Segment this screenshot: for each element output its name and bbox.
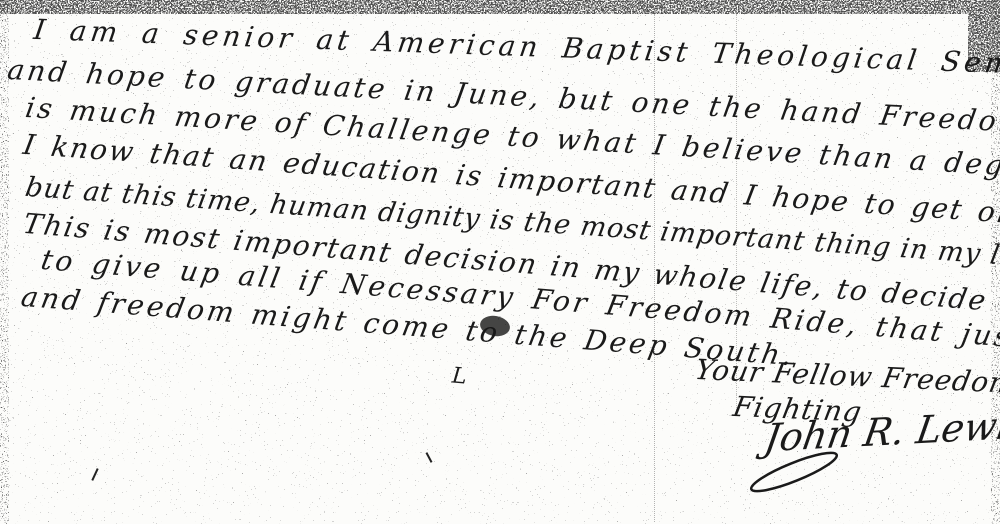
stray-mark-letter: L [451,363,468,389]
stray-mark-tick [426,452,433,463]
scanned-letter-page: I am a senior at American Baptist Theolo… [0,0,1000,524]
stray-mark-tick [91,468,98,481]
